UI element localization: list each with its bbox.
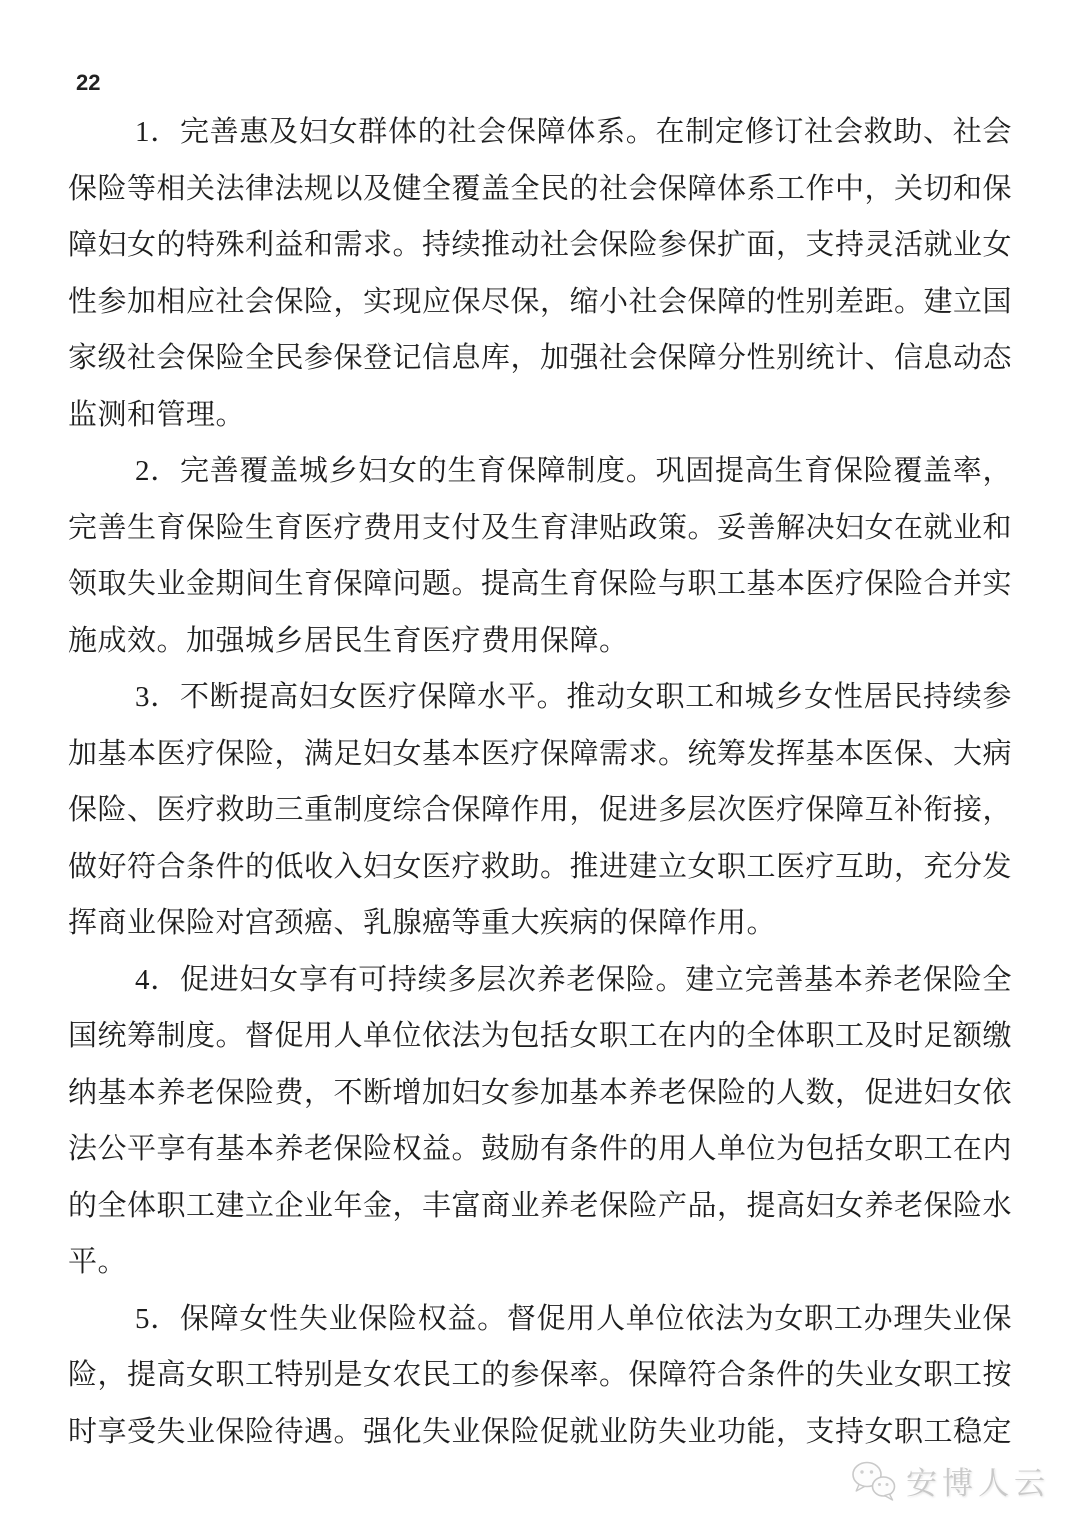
paragraph-5: 5．保障女性失业保险权益。督促用人单位依法为女职工办理失业保险，提高女职工特别是…: [68, 1291, 1012, 1461]
watermark-label: 安博人云: [906, 1458, 1050, 1503]
paragraph-2: 2．完善覆盖城乡妇女的生育保障制度。巩固提高生育保险覆盖率，完善生育保险生育医疗…: [68, 443, 1012, 669]
page-number: 22: [76, 70, 100, 96]
document-page: 22 1．完善惠及妇女群体的社会保障体系。在制定修订社会救助、社会保险等相关法律…: [0, 0, 1080, 1527]
paragraph-3: 3．不断提高妇女医疗保障水平。推动女职工和城乡女性居民持续参加基本医疗保险，满足…: [68, 669, 1012, 952]
paragraph-1: 1．完善惠及妇女群体的社会保障体系。在制定修订社会救助、社会保险等相关法律法规以…: [68, 104, 1012, 443]
document-body: 1．完善惠及妇女群体的社会保障体系。在制定修订社会救助、社会保险等相关法律法规以…: [68, 104, 1012, 1460]
wechat-icon: [850, 1460, 898, 1502]
paragraph-4: 4．促进妇女享有可持续多层次养老保险。建立完善基本养老保险全国统筹制度。督促用人…: [68, 952, 1012, 1291]
watermark: 安博人云: [850, 1458, 1050, 1503]
